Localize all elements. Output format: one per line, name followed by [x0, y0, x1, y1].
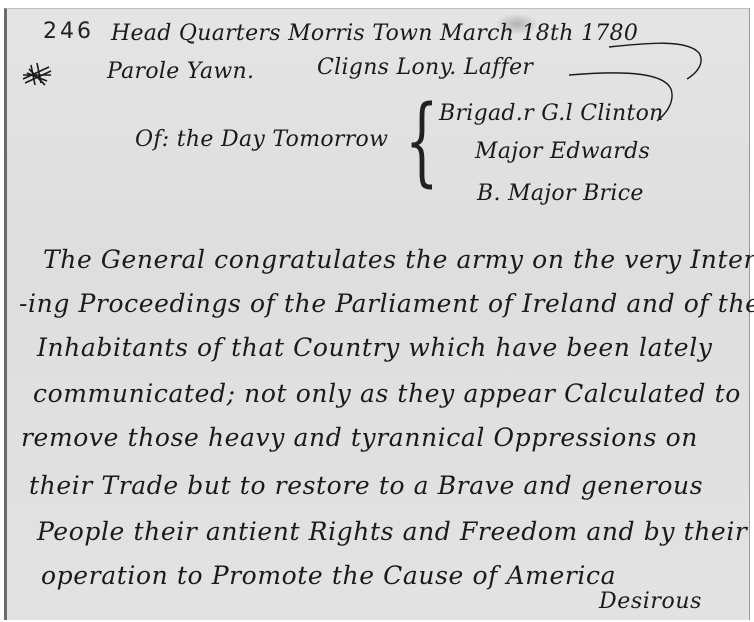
- catchword: Desirous: [599, 589, 702, 614]
- manuscript-page: 246 Head Quarters Morris Town March 18th…: [4, 8, 750, 620]
- body-line-5: remove those heavy and tyrannical Oppres…: [21, 423, 698, 452]
- crossed-out-mark-icon: [21, 59, 53, 87]
- body-line-3: Inhabitants of that Country which have b…: [37, 333, 713, 362]
- page-number: 246: [43, 19, 94, 44]
- body-line-1: The General congratulates the army on th…: [43, 245, 754, 274]
- bracket-brace: {: [405, 93, 439, 189]
- officer-2: Major Edwards: [475, 139, 650, 164]
- body-line-2: -ing Proceedings of the Parliament of Ir…: [19, 289, 754, 318]
- body-line-6: their Trade but to restore to a Brave an…: [29, 471, 703, 500]
- header-location-date: Head Quarters Morris Town March 18th 178…: [111, 21, 638, 46]
- body-line-7: People their antient Rights and Freedom …: [37, 517, 747, 546]
- body-line-8: operation to Promote the Cause of Americ…: [41, 561, 616, 590]
- countersigns-text: Cligns Lony. Laffer: [317, 55, 533, 80]
- officer-3: B. Major Brice: [477, 181, 644, 206]
- body-line-4: communicated; not only as they appear Ca…: [33, 379, 741, 408]
- officers-of-day-label: Of: the Day Tomorrow: [135, 127, 388, 152]
- parole-text: Parole Yawn.: [107, 59, 254, 84]
- officer-1: Brigad.r G.l Clinton: [439, 101, 664, 126]
